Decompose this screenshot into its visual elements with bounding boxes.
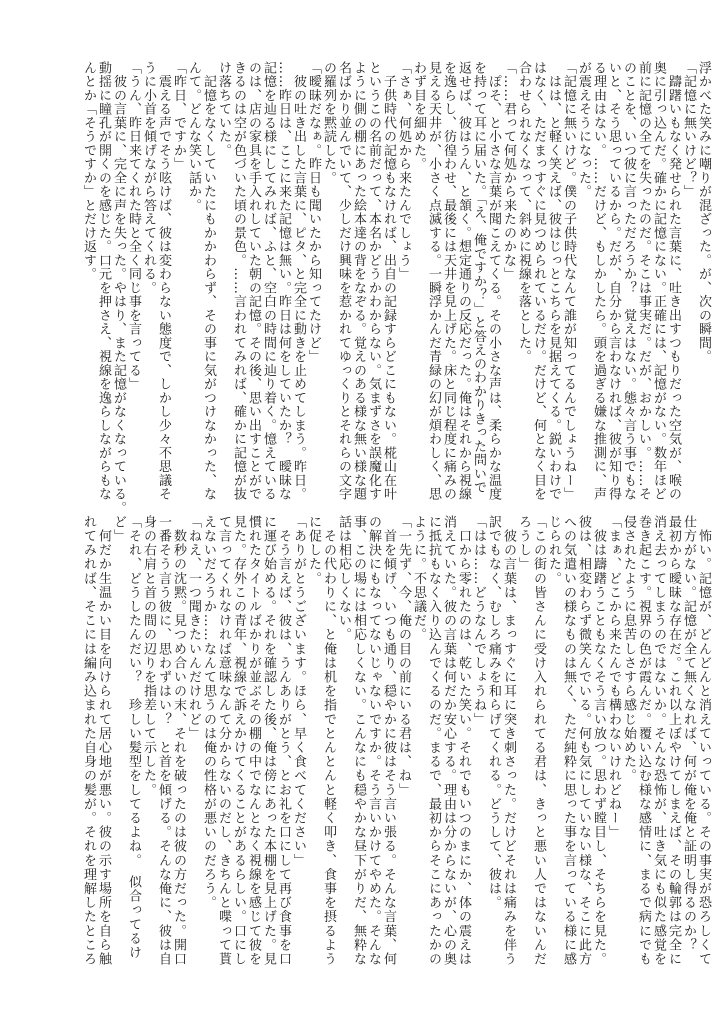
text-column: 返せば、彼はうん、と頷く。想定通りの反応だった。俺はそれから視線: [456, 61, 471, 511]
text-column: 話は相応しくない。: [336, 515, 351, 975]
text-column: 首を傾げ、いつも通り、穏やかに彼はそう言い張る。そんな言葉、何: [381, 515, 396, 975]
text-column: の羅列を黙読した。: [321, 61, 336, 511]
text-column: を持って耳に届いた。「え、俺ですか？」と答えのわかりきった問いで: [471, 61, 486, 511]
text-column: 前に記憶の全てを失ったのだ。そこは事実だ。だが、おかしい。……そ: [636, 61, 651, 511]
text-column: はなく、ただまっすぐに見つめられているだけ。だけど、何となく目を: [531, 61, 546, 511]
text-column: 「さぁ、何処から来たんでしょう」: [396, 61, 411, 511]
text-column: 合わせられなくなって、斜めに視線を落とした。: [516, 61, 531, 511]
text-column: 「ねえ、一つ聞きたいんだけれど」: [186, 515, 201, 975]
text-column: 仕方がない。記憶が全て無くなれば、何が俺を俺と証明し得るのか？: [681, 515, 696, 975]
text-column: 震える声でそう呟けば、彼は変わらない態度で、しかし少々不思議そ: [156, 61, 171, 511]
text-column: 身の右肩と首の間の辺りを指差して示した。: [141, 515, 156, 975]
text-column: 「まぁ、どこから来たんでも構わないけれどねー」: [606, 515, 621, 975]
text-column: への気遣いの様なものは無く、ただ純粋に思った事を言っている様に感: [561, 515, 576, 975]
text-column: 「うん、昨日来てくれた時と全く同じ事を言ってる」: [126, 61, 141, 511]
top-text-block: 浮かべた笑みに嘲りが混ざった。が、次の瞬間。 「記憶に無いけど？」 躊躇いもなく…: [81, 61, 711, 511]
text-column: 躊躇いもなく発せられた言葉に、吐き出すつもりだった空気が、喉の: [666, 61, 681, 511]
text-column: 見える天井が、小さく点滅する。一瞬浮かんだ青緑の幻が煩わしく、思: [426, 61, 441, 511]
text-column: ろうし」: [516, 515, 531, 975]
text-column: に抵抗もなく入り込んでくるのだ。まるで、最初からそこにあったかの: [426, 515, 441, 975]
text-column: 動揺に瞳孔が開くのを感じた。口元を押さえ、視線を逸らしながらもな: [96, 61, 111, 511]
text-column: えないだろうか……なんて思うのは俺の性格が悪いのだろう。: [201, 515, 216, 975]
text-column: のは、店の家具を手入れしていた朝の記憶。その後、思い出すことがで: [246, 61, 261, 511]
text-column: 「はは……どうなんでしょうね」: [471, 515, 486, 975]
text-column: 消えていた。彼の言葉は何だか安心する。理由は分からないが、心の奥: [441, 515, 456, 975]
text-column: ぽそ、と小さな言葉が聞こえてくる。その小さな声は、柔らかな温度: [486, 61, 501, 511]
text-column: んて。どんな笑い話か。: [186, 61, 201, 511]
text-column: 一番そう言う彼に、思わずはい？ と首を傾げる。そんな俺に、彼は自: [156, 515, 171, 975]
text-column: その代わりに、と俺は机を指でとんとんと軽く叩き、食事を摂るよう: [321, 515, 336, 975]
text-column: 彼は、相変わらず微笑んでいる。何も気にしていない様な、そこに此方: [576, 515, 591, 975]
text-column: 「……君って何処から来たのかな」: [501, 61, 516, 511]
text-column: 巻き起こす。視界の色が霞んだ。覆い込む様な感情に、まるで病にでも: [636, 515, 651, 975]
text-column: 浮かべた笑みに嘲りが混ざった。が、次の瞬間。: [696, 61, 711, 511]
text-column: 彼の言葉に、完全に声を失った。やはり、また記憶がなくなっている。: [111, 61, 126, 511]
text-column: 記憶をなくしていたにもかかわらず、その事に気がつけなかった、な: [201, 61, 216, 511]
text-column: に促した。: [306, 515, 321, 975]
text-column: 奥に引っ込んだ。確かに記憶にない。正確には、記憶がない。数年ほど: [651, 61, 666, 511]
text-column: はは、と軽く笑えば、彼はじっとこちらを見据えてくる。鋭いわけで: [546, 61, 561, 511]
text-column: んとか「そうですか」とだけ返す。: [81, 61, 96, 511]
text-column: じられた。: [546, 515, 561, 975]
text-column: が震えそうになった。: [576, 61, 591, 511]
text-column: 子供時代の記憶もなければ、出自の記録すらどこにもない。椛山在叶: [381, 61, 396, 511]
text-column: 彼は躊躇うこともなくそう言い放つ。思わず瞠目し、そちらを見た。: [591, 515, 606, 975]
text-column: 「この街の皆さんに受け入れられてる君は、きっと悪い人ではないんだ: [531, 515, 546, 975]
text-column: 数秒の沈黙。見つめ合いの末、それを破ったのは彼の方だった。開口: [171, 515, 186, 975]
text-column: 怖い。記憶が、どんどんと消えていっている。その事実が恐ろしくて: [696, 515, 711, 975]
text-column: 「曖昧だなぁ。昨日も聞いたから知ってたけど」: [306, 61, 321, 511]
text-column: 何だか生温かい目を向けられて居心地が悪い。彼の示す場所を自ら触: [96, 515, 111, 975]
text-column: そう言えば、彼は、うんありがとう、とお礼を口にして再び食事を口: [276, 515, 291, 975]
text-column: け落ちていた。: [216, 61, 231, 511]
text-column: の解決にもなってないじゃないですか。そう言いかけてやめた。そんな: [366, 515, 381, 975]
bottom-text-block: 怖い。記憶が、どんどんと消えていっている。その事実が恐ろしくて 仕方がない。記憶…: [81, 515, 711, 975]
text-column: 「ありがとうございます。ほら、早く食べてください」: [291, 515, 306, 975]
text-column: 記憶を辿る様にしてみれば、ふと、空白の時間に辿り着く。憶えている: [261, 61, 276, 511]
text-column: いと、そう思っているから。だが、自分から言わなければ、彼が知り得: [606, 61, 621, 511]
text-column: 「それ、どうしたんだい？ 珍しい髪型をしてるよね。 似合ってるけ: [126, 515, 141, 975]
text-column: 事、この場には相応しくない。こんなにも穏やかな昼下がりだ、無粋な: [351, 515, 366, 975]
text-column: ど」: [111, 515, 126, 975]
text-column: 見た。存外この青年、視線で訴えかけてくることがあるらしい。口にし: [231, 515, 246, 975]
text-column: 名ばかり並んでいて、少しだけ興味を惹かれてゆっくりとそれらの文字: [336, 61, 351, 511]
text-column: 最初から曖昧な存在だ。これ以上ぼやけてしまえば、その輪郭は完全に: [666, 515, 681, 975]
text-column: うに小首を傾げながら答えてくれる。: [141, 61, 156, 511]
text-column: れてみれば、そこには編み込まれた自身の髪が。それを理解したところ: [81, 515, 96, 975]
text-column: て言ってくれなければ意味なんて分からないのだし、きちんと喋って貰: [216, 515, 231, 975]
text-column: ように。不思議だ。: [411, 515, 426, 975]
document-page: 浮かべた笑みに嘲りが混ざった。が、次の瞬間。 「記憶に無いけど？」 躊躇いもなく…: [0, 0, 720, 1018]
text-column: わず目を細めた。: [411, 61, 426, 511]
text-column: ように側の棚にあった絵本達の背をなぞる。覚えのある様な無い様な題: [351, 61, 366, 511]
text-column: きるのは空が色づいた頃の景色。……言われてみれば、確かに記憶が抜: [231, 61, 246, 511]
text-column: 「一先ず、今、俺の目の前にいる君は、ね」: [396, 515, 411, 975]
text-column: 「昨日、ですか」: [171, 61, 186, 511]
text-column: ……昨日は、ここに来た記憶は無い。昨日は何をしていたか？ 曖昧な: [276, 61, 291, 511]
text-column: 彼の言葉は、まっすぐに耳に突き刺さった。だけどそれは痛みを伴う: [501, 515, 516, 975]
text-column: 消え去ってしまうのではないか。そんな恐怖が、吐き気にも似た感覚を: [651, 515, 666, 975]
text-column: 訳でもなく、むしろ痛みを和らげてくれる。どうして、彼は。: [486, 515, 501, 975]
text-column: 彼の吐き出した言葉に、ピタ、と完全に動きを止めてしまう。昨日。: [291, 61, 306, 511]
text-column: 侵されたように息苦しさすら感じ始めた。: [621, 515, 636, 975]
text-column: 「記憶に無いけど。僕の子供時代なんて誰が知ってるんでしょうねー」: [561, 61, 576, 511]
text-column: る理由はない。……だけど、もしかしたら。頭を過ぎる嫌な推測に、声: [591, 61, 606, 511]
text-column: を逸らし、彷徨わせ、最後には天井を見上げた。床と同じ程度に痛みの: [441, 61, 456, 511]
text-column: に運び始める。それを確認した後、俺は傍にあった本棚を見上げた。見: [261, 515, 276, 975]
text-column: というこの名前だって、本名かどうかわからない。気まずさを誤魔化す: [366, 61, 381, 511]
text-column: 慣れたタイトルばかりが並ぶその棚の中でなんとなく視線を感じて彼を: [246, 515, 261, 975]
text-column: 「記憶に無いけど？」: [681, 61, 696, 511]
text-column: 口から零れたのは、乾いた笑い。それでもいつのまにか、体の震えは: [456, 515, 471, 975]
text-column: のことを、いつ彼に言っただろうか？ 覚えはない。態々言う事でもな: [621, 61, 636, 511]
